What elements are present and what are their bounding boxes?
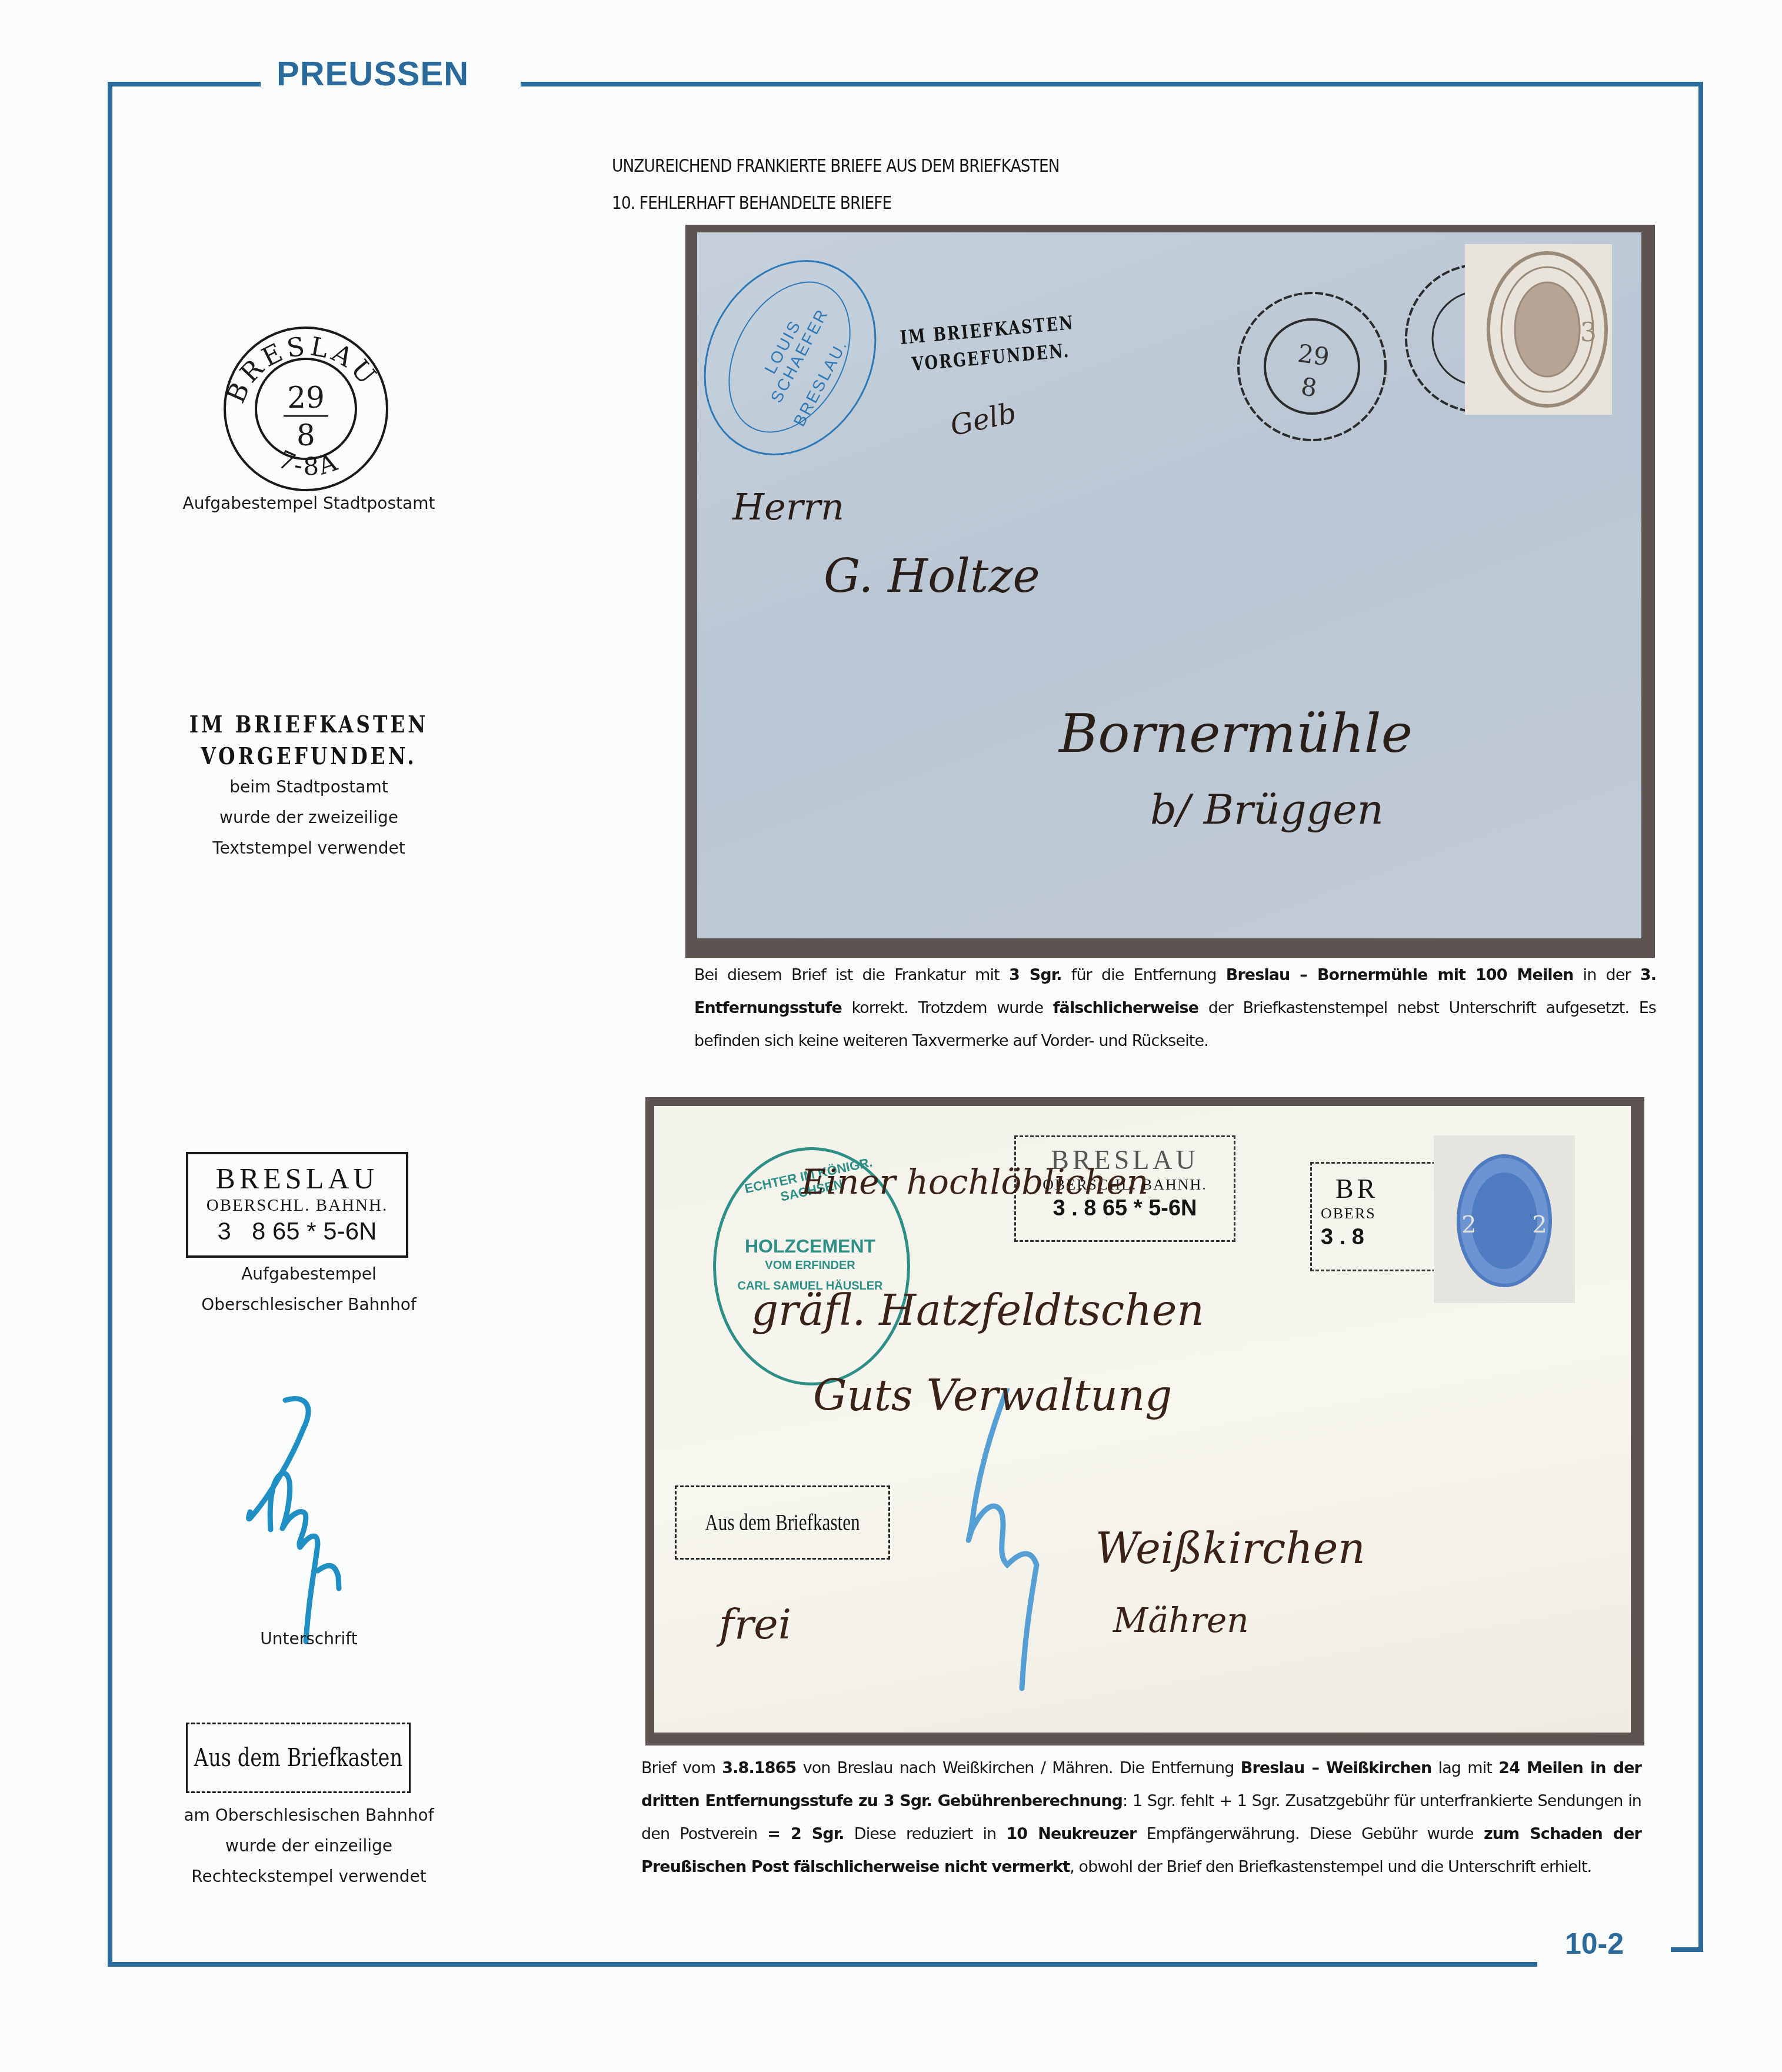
svg-text:2: 2 — [1532, 1211, 1547, 1238]
caption-unterschrift: Unterschrift — [147, 1624, 471, 1654]
oval-line3: VOM ERFINDER — [728, 1259, 892, 1272]
address-line: gräfl. Hatzfeldtschen — [751, 1285, 1204, 1335]
caption-line: Aufgabestempel — [147, 1259, 471, 1290]
svg-text:8: 8 — [1299, 372, 1318, 402]
letter1-description: Bei diesem Brief ist die Frankatur mit 3… — [694, 959, 1656, 1058]
postage-stamp-2sgr: 2 2 — [1434, 1135, 1575, 1303]
stamp-line-2: VORGEFUNDEN. — [176, 742, 442, 770]
frame-bottom-right — [1671, 1947, 1703, 1952]
blue-crayon-signature-icon — [937, 1388, 1090, 1694]
svg-text:8: 8 — [297, 418, 315, 452]
caption-line: beim Stadtpostamt — [147, 772, 471, 802]
page-title: PREUSSEN — [277, 54, 469, 94]
svg-text:3: 3 — [1580, 318, 1597, 348]
letter2-description: Brief vom 3.8.1865 von Breslau nach Weiß… — [641, 1752, 1641, 1884]
frame-top-left — [108, 82, 261, 86]
caption-briefkasten-stadtpostamt: beim Stadtpostamt wurde der zweizeilige … — [147, 772, 471, 864]
address-line: frei — [719, 1600, 791, 1648]
blue-signature-icon — [235, 1394, 377, 1653]
letter2-cover: ECHTER IM KÖNIGR. SACHSEN HOLZCEMENT VOM… — [654, 1106, 1631, 1733]
postage-stamp-3sgr: 3 — [1465, 244, 1612, 415]
address-line: Einer hochlöblichen — [801, 1162, 1148, 1202]
breslau-cds-icon: BRESLAU 7-8A 29 8 — [218, 321, 394, 497]
address-line: Herrn — [732, 485, 844, 528]
svg-text:2: 2 — [1461, 1211, 1476, 1238]
stamp-text: Aus dem Briefkasten — [191, 1724, 406, 1791]
svg-text:29: 29 — [1296, 339, 1331, 372]
clerk-signature: Gelb — [947, 397, 1019, 442]
aus-dem-briefkasten-stamp: Aus dem Briefkasten — [186, 1723, 411, 1793]
letter2-aus-dem-briefkasten-stamp: Aus dem Briefkasten — [675, 1485, 890, 1560]
frame-bottom-left — [108, 1962, 1537, 1967]
address-line: G. Holtze — [824, 550, 1040, 603]
address-line: Weißkirchen — [1095, 1524, 1365, 1573]
address-line: Guts Verwaltung — [813, 1371, 1172, 1420]
frame-top-right — [521, 82, 1703, 86]
caption-einzeiliger-stempel: am Oberschlesischen Bahnhof wurde der ei… — [147, 1800, 471, 1892]
stamp-town: BRESLAU — [188, 1162, 406, 1194]
bahnhof-rect-stamp: BRESLAU OBERSCHL. BAHNH. 3 8 65 * 5-6N — [186, 1152, 408, 1258]
oval-line2: HOLZCEMENT — [728, 1235, 892, 1257]
caption-line: wurde der zweizeilige — [147, 802, 471, 833]
section-heading: UNZUREICHEND FRANKIERTE BRIEFE AUS DEM B… — [612, 156, 1060, 176]
frame-right — [1698, 82, 1703, 1951]
caption-line: am Oberschlesischen Bahnhof — [147, 1800, 471, 1831]
address-line: Mähren — [1113, 1600, 1249, 1640]
caption-line: Textstempel verwendet — [147, 833, 471, 864]
letter1-cover: LOUIS SCHAEFER BRESLAU. IM BRIEFKASTEN V… — [697, 232, 1641, 938]
caption-line: wurde der einzeilige — [147, 1831, 471, 1861]
prussian-eagle-stamp-icon: 2 2 — [1434, 1135, 1575, 1303]
caption-line: Oberschlesischer Bahnhof — [147, 1290, 471, 1320]
stamp-date: 3 8 65 * 5-6N — [188, 1217, 406, 1246]
frame-left — [108, 82, 112, 1967]
address-line: b/ Brüggen — [1150, 785, 1384, 834]
svg-text:29: 29 — [287, 381, 325, 415]
page-number: 10-2 — [1565, 1927, 1624, 1961]
stamp-text: Aus dem Briefkasten — [677, 1487, 888, 1558]
address-line: Bornermühle — [1059, 703, 1413, 765]
caption-aufgabestempel-stadtpostamt: Aufgabestempel Stadtpostamt — [147, 488, 471, 519]
subsection-heading: 10. FEHLERHAFT BEHANDELTE BRIEFE — [612, 193, 891, 214]
caption-line: Rechteckstempel verwendet — [147, 1861, 471, 1892]
caption-aufgabestempel-bahnhof: Aufgabestempel Oberschlesischer Bahnhof — [147, 1259, 471, 1320]
letter1-cds-left-icon: 29 8 — [1230, 284, 1394, 449]
stamp-line-1: IM BRIEFKASTEN — [176, 711, 442, 738]
stamp-station: OBERSCHL. BAHNH. — [188, 1194, 406, 1217]
prussian-eagle-stamp-icon: 3 — [1465, 244, 1612, 415]
